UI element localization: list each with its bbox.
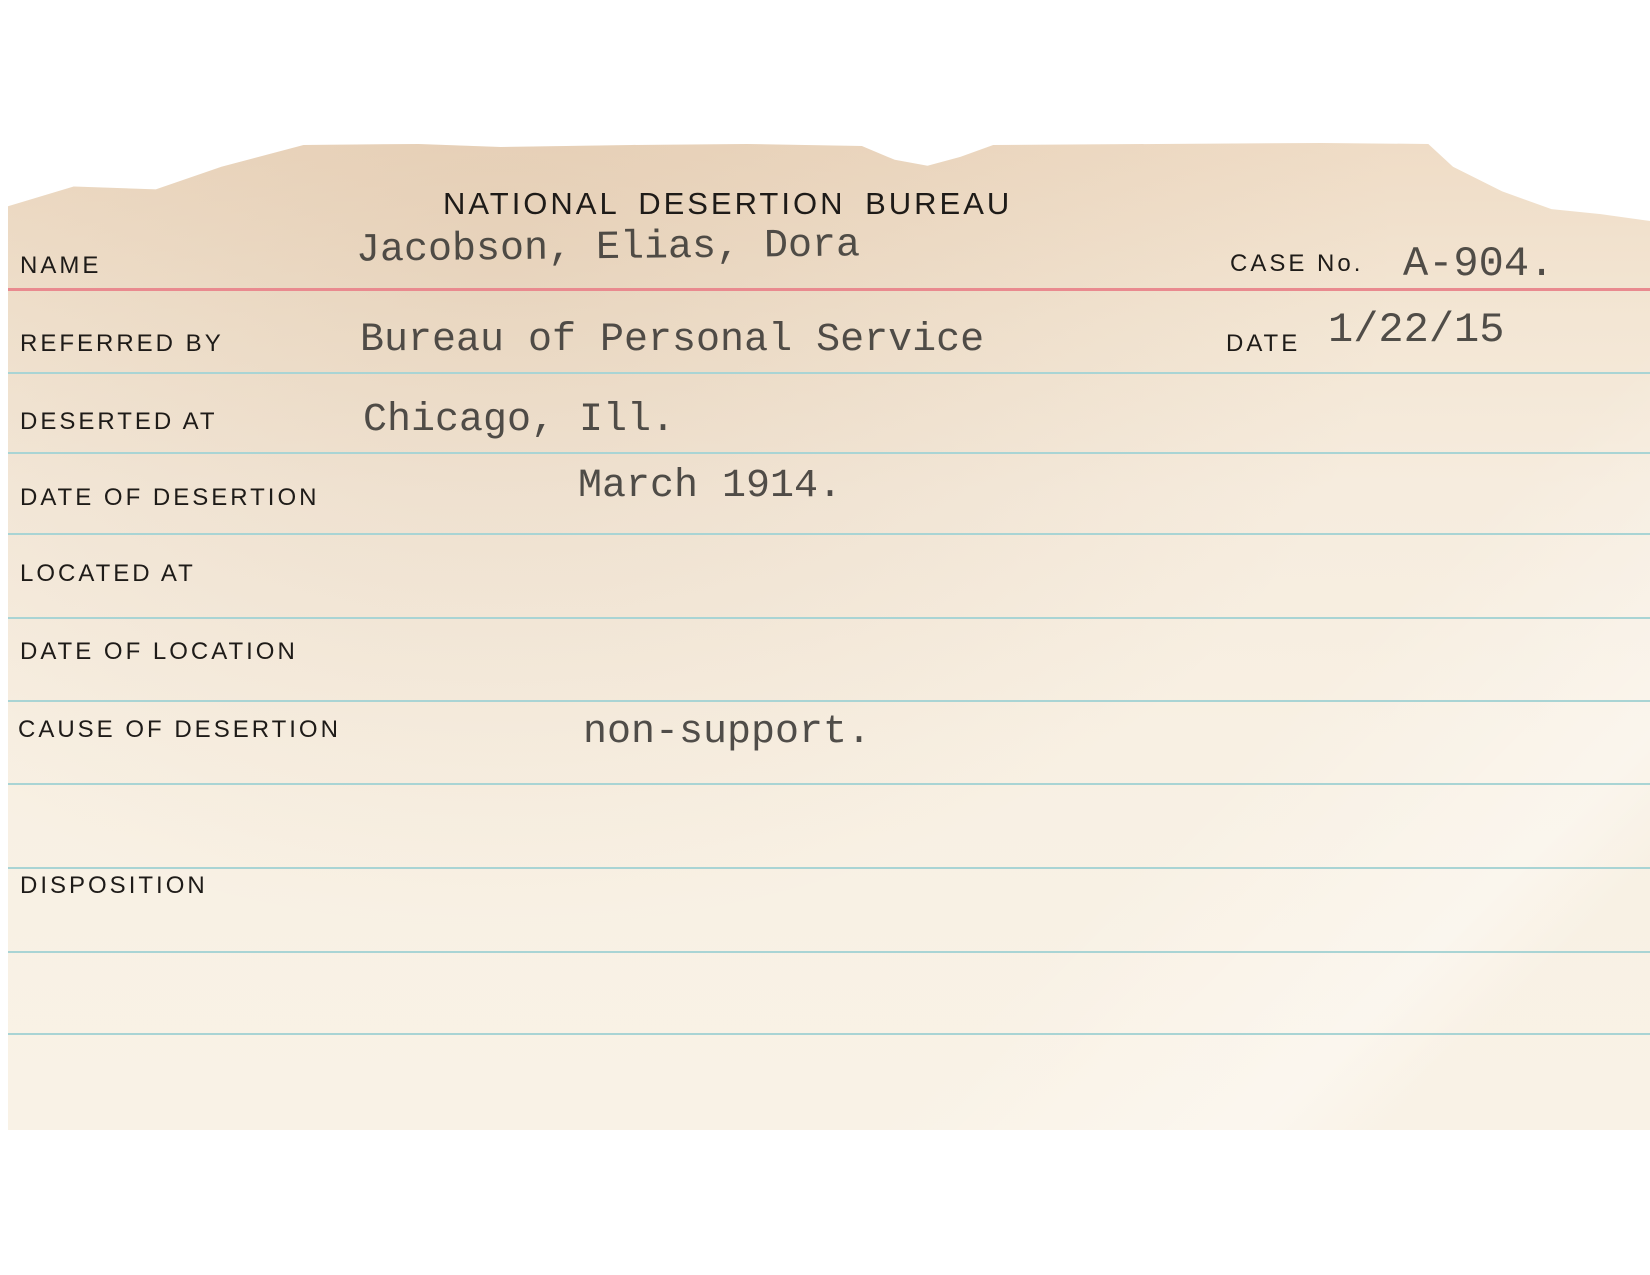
blue-rule [8, 783, 1650, 785]
blue-rule [8, 951, 1650, 953]
disposition-label: DISPOSITION [20, 872, 208, 900]
blue-rule [8, 533, 1650, 535]
blue-rule [8, 867, 1650, 869]
deserted-at-label: DESERTED AT [20, 408, 217, 436]
blue-rule [8, 700, 1650, 702]
case-no-label: CASE No. [1230, 250, 1363, 278]
blue-rule [8, 617, 1650, 619]
cause-of-desertion-label: CAUSE OF DESERTION [18, 716, 341, 744]
index-card: NATIONAL DESERTION BUREAU NAME Jacobson,… [8, 142, 1650, 1130]
red-header-rule [8, 288, 1650, 291]
referred-by-value: Bureau of Personal Service [360, 318, 984, 363]
referred-by-label: REFERRED BY [20, 330, 224, 358]
date-value: 1/22/15 [1328, 306, 1504, 354]
blue-rule [8, 452, 1650, 454]
date-of-location-label: DATE OF LOCATION [20, 638, 298, 666]
deserted-at-value: Chicago, Ill. [363, 398, 675, 443]
name-label: NAME [20, 252, 101, 280]
name-value: Jacobson, Elias, Dora [356, 223, 861, 273]
date-label: DATE [1226, 330, 1300, 358]
case-no-value: A-904. [1403, 240, 1554, 288]
date-of-desertion-value: March 1914. [578, 464, 842, 509]
blue-rule [8, 372, 1650, 374]
located-at-label: LOCATED AT [20, 560, 196, 588]
date-of-desertion-label: DATE OF DESERTION [20, 484, 319, 512]
cause-of-desertion-value: non-support. [583, 710, 871, 755]
blue-rule [8, 1033, 1650, 1035]
card-title: NATIONAL DESERTION BUREAU [443, 186, 1012, 222]
